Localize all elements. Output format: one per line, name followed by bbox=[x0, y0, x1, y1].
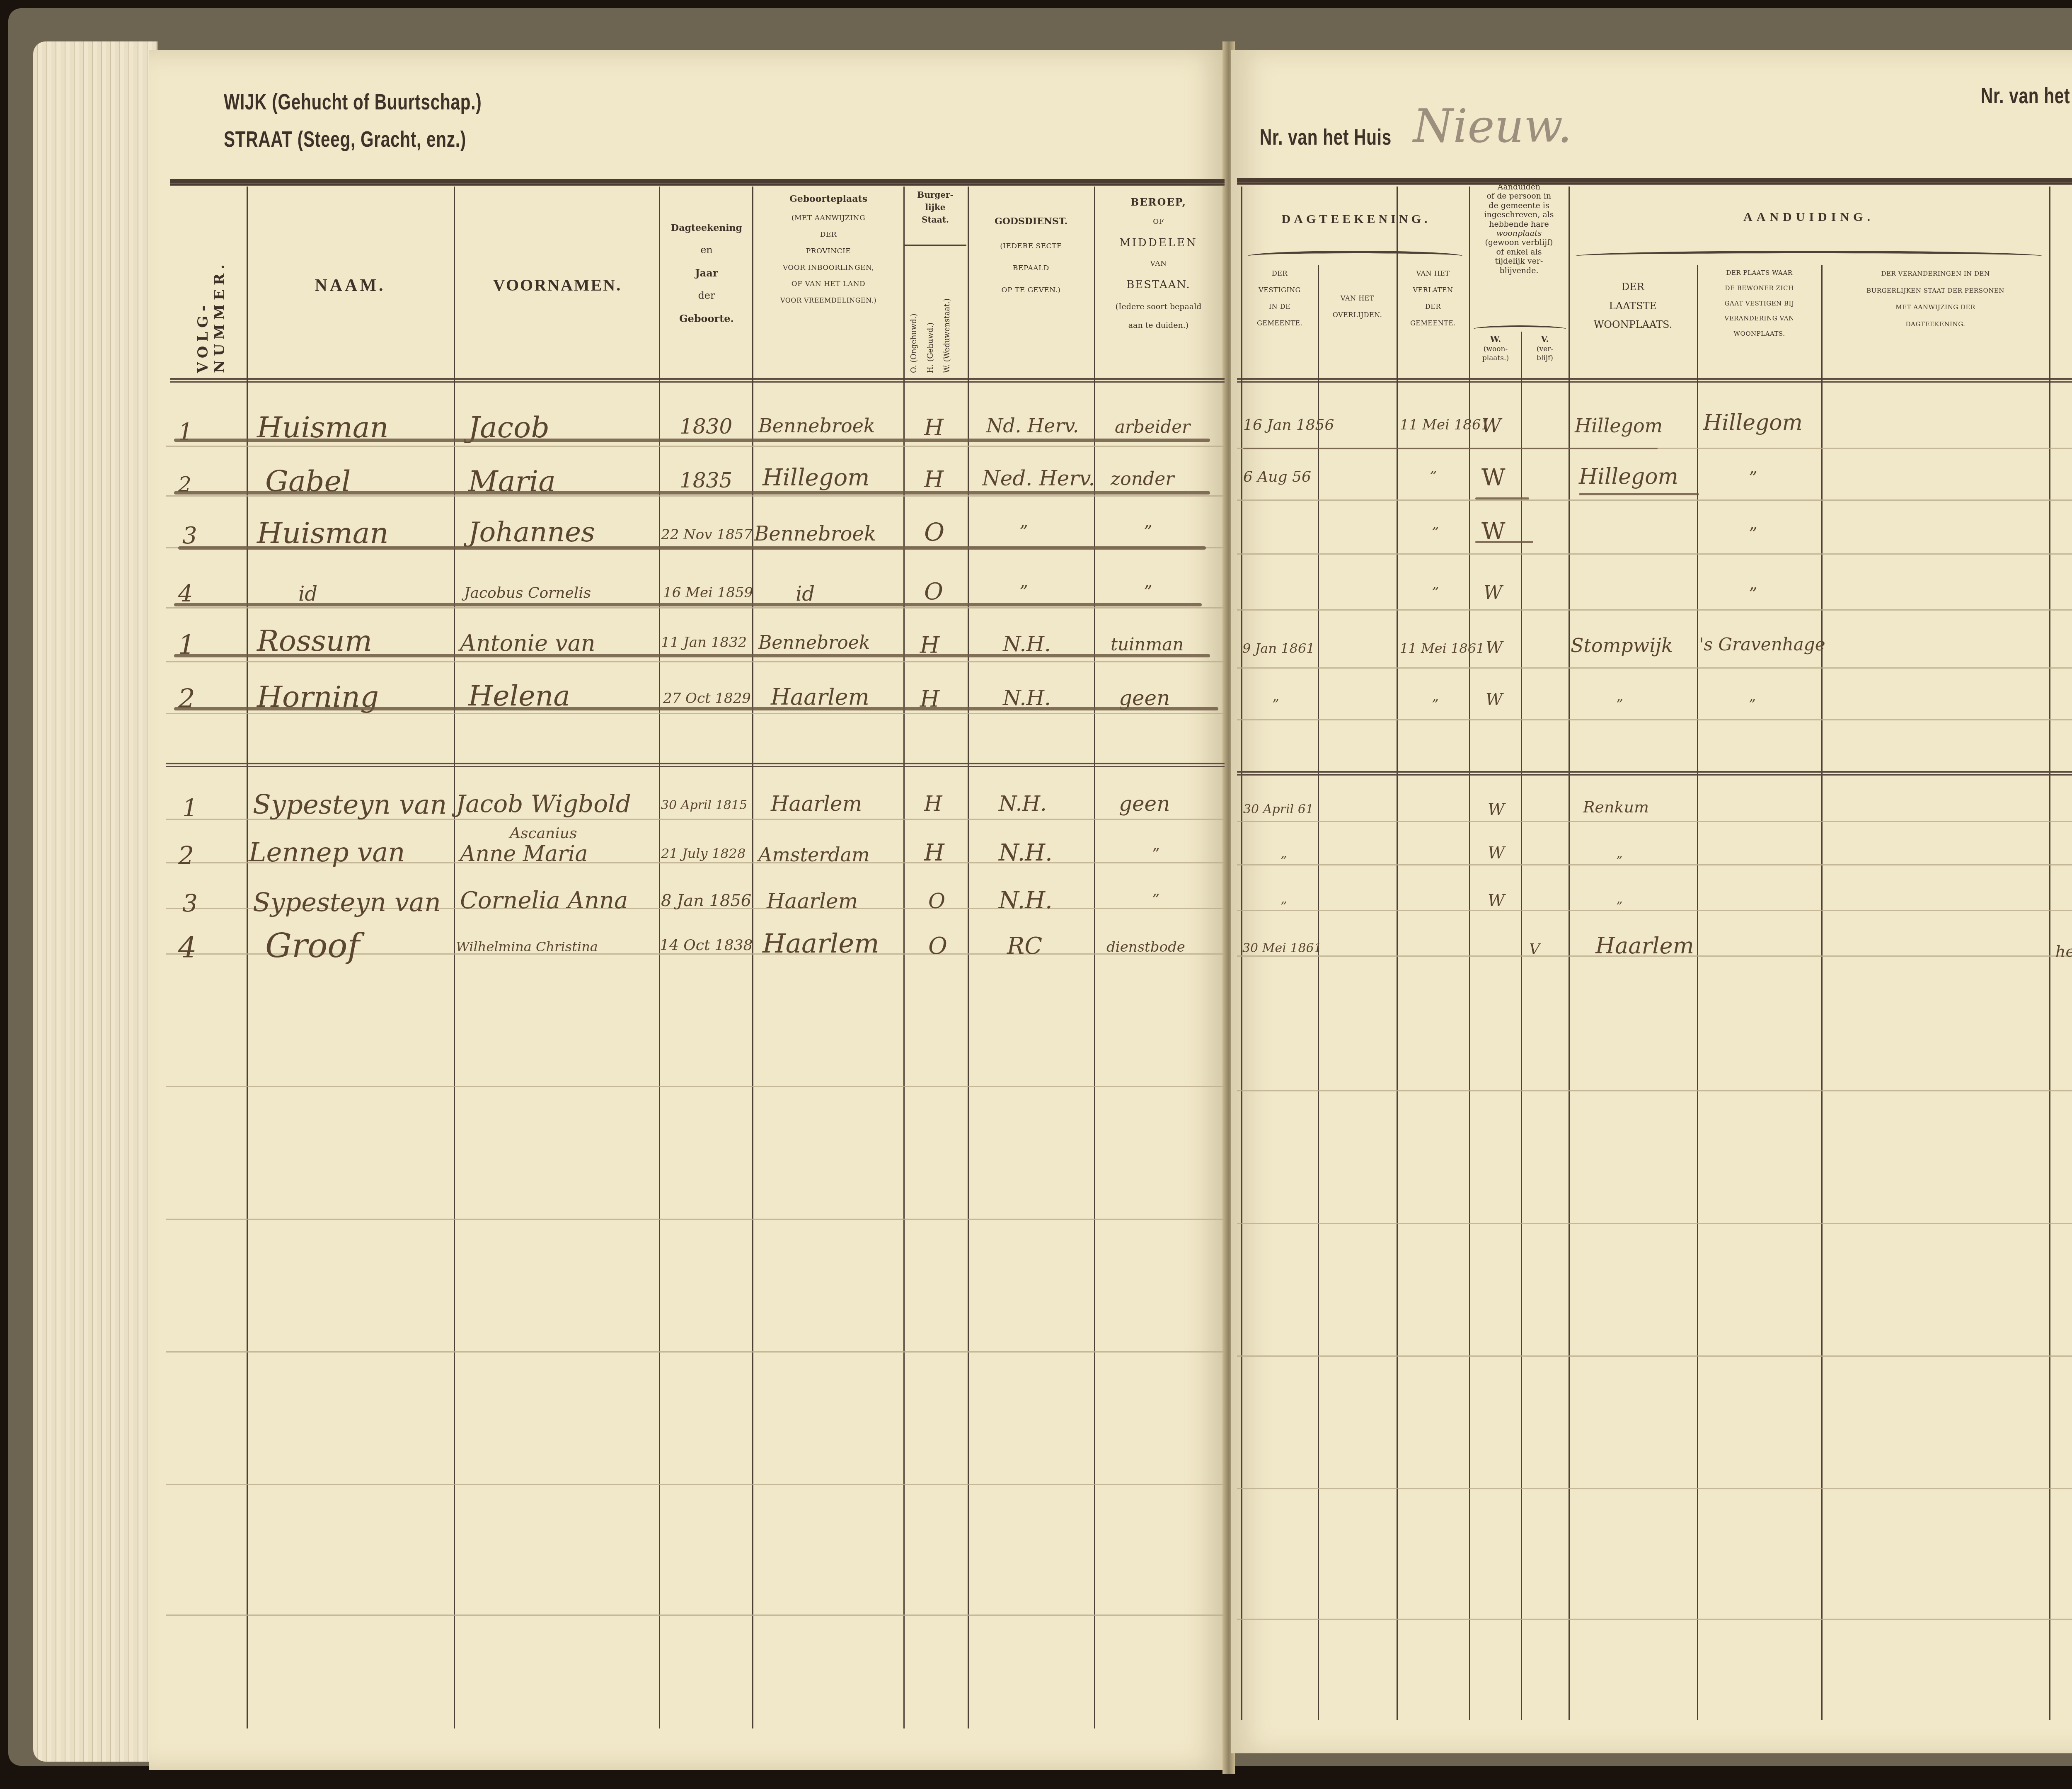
strikethrough-line bbox=[174, 654, 1210, 657]
header-nieuwe-plaats: DER PLAATS WAAR DE BEWONER ZICH GAAT VES… bbox=[1698, 265, 1820, 342]
header-rule-left bbox=[170, 179, 1225, 186]
header-geboorteplaats: Geboorteplaats (MET AANWIJZING DER PROVI… bbox=[753, 189, 903, 308]
page-stack-edge bbox=[33, 41, 157, 1762]
staat-option-ongehuwd: O. (Ongehuwd.) bbox=[910, 249, 918, 373]
col-divider bbox=[752, 187, 753, 1728]
header-rule-right bbox=[1237, 178, 2072, 185]
voornamen-addition: Ascanius bbox=[510, 825, 577, 842]
group-dagteekening: DAGTEEKENING. bbox=[1243, 207, 1469, 231]
section-divider-right bbox=[1237, 771, 2072, 776]
col-divider bbox=[1821, 265, 1823, 1720]
straat-label: STRAAT (Steeg, Gracht, enz.) bbox=[224, 126, 466, 152]
strikethrough-line bbox=[1579, 493, 1699, 495]
col-divider bbox=[659, 187, 660, 1728]
header-vestiging: DER VESTIGING IN DE GEMEENTE. bbox=[1242, 265, 1317, 332]
col-divider bbox=[1318, 265, 1319, 1720]
header-naam: NAAM. bbox=[315, 276, 385, 295]
col-divider bbox=[247, 187, 248, 1728]
aanmerking-note: heeft woonplaats te Haarlem bbox=[2055, 943, 2072, 960]
wijk-label: WIJK (Gehucht of Buurtschap.) bbox=[224, 89, 482, 115]
col-divider bbox=[1697, 265, 1698, 1720]
col-divider bbox=[1569, 187, 1570, 1720]
col-divider bbox=[1397, 187, 1398, 1720]
header-volgnummer: VOLG-NUMMER. bbox=[195, 216, 228, 373]
header-beroep: BEROEP, OF MIDDELEN VAN BESTAAN. (Iedere… bbox=[1095, 191, 1222, 335]
strikethrough-line bbox=[1475, 541, 1533, 543]
header-verlaten: VAN HET VERLATEN DER GEMEENTE. bbox=[1398, 265, 1468, 332]
huis-number-value: Nieuw. bbox=[1413, 99, 1572, 153]
group-aanduiding: AANDUIDING. bbox=[1573, 205, 2045, 229]
header-bottom-rule-left bbox=[170, 378, 1225, 383]
blad-number-label: Nr. van het Blad bbox=[1981, 83, 2072, 109]
strikethrough-line bbox=[1475, 497, 1529, 499]
col-divider bbox=[2049, 187, 2050, 1720]
header-laatste-woonplaats: DER LAATSTE WOONPLAATS. bbox=[1570, 278, 1696, 335]
header-w-woonplaats: W. (woon- plaats.) bbox=[1470, 334, 1521, 363]
strikethrough-line bbox=[1243, 448, 1658, 449]
header-aanmerkingen: AANMERKINGEN OVER TIJDELIJKE AFWEZIGHEID… bbox=[2050, 187, 2072, 307]
col-divider bbox=[1094, 187, 1095, 1728]
header-bottom-rule-right bbox=[1237, 378, 2072, 383]
header-veranderingen: DER VERANDERINGEN IN DEN BURGERLIJKEN ST… bbox=[1823, 265, 2048, 332]
strikethrough-line bbox=[174, 439, 1210, 442]
staat-option-weduwenstaat: W. (Weduwenstaat.) bbox=[943, 249, 951, 373]
col-divider bbox=[903, 187, 905, 1728]
col-divider bbox=[968, 187, 969, 1728]
col-divider bbox=[1521, 332, 1522, 1720]
header-geboortedatum: Dagteekening en Jaar der Geboorte. bbox=[661, 218, 752, 330]
col-divider bbox=[454, 187, 455, 1728]
header-overlijden: VAN HET OVERLIJDEN. bbox=[1319, 290, 1396, 323]
strikethrough-line bbox=[174, 491, 1210, 495]
header-voornamen: VOORNAMEN. bbox=[493, 276, 622, 294]
brace-aanduiding bbox=[1575, 251, 2043, 262]
section-divider-left bbox=[166, 763, 1225, 767]
header-burgerlijke-staat: Burger- lijke Staat. bbox=[904, 189, 966, 226]
header-woonplaats-verblijf: Aanduiden of de persoon in de gemeente i… bbox=[1470, 182, 1568, 275]
strikethrough-line bbox=[174, 603, 1202, 606]
strikethrough-line bbox=[178, 546, 1206, 550]
strikethrough-line bbox=[174, 707, 1218, 710]
brace-dagteekening bbox=[1247, 251, 1463, 262]
header-v-verblijf: V. (ver- blijf) bbox=[1522, 334, 1568, 363]
huis-number-label: Nr. van het Huis bbox=[1260, 124, 1392, 150]
header-godsdienst: GODSDIENST. (IEDERE SECTE BEPAALD OP TE … bbox=[969, 207, 1093, 301]
staat-option-gehuwd: H. (Gehuwd.) bbox=[926, 249, 935, 373]
